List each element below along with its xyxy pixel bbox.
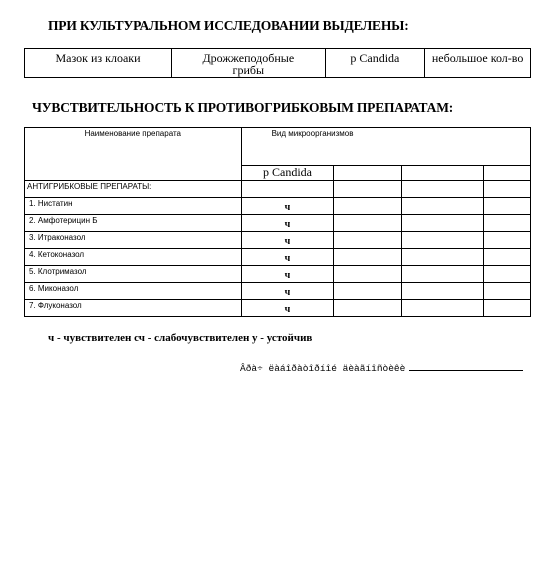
table-row: 1. Нистатинч [25, 198, 531, 215]
signature-blank [409, 361, 523, 371]
organism-col-2 [334, 166, 402, 181]
sensitivity-result [484, 232, 531, 249]
sensitivity-result [484, 266, 531, 283]
drug-name: 6. Миконазол [25, 283, 242, 300]
empty-cell [241, 181, 334, 198]
group-row: АНТИГРИБКОВЫЕ ПРЕПАРАТЫ: [25, 181, 531, 198]
sensitivity-result [334, 215, 402, 232]
drug-name: 7. Флуконазол [25, 300, 242, 317]
table-row: 2. Амфотерицин Бч [25, 215, 531, 232]
table-row: 6. Миконазолч [25, 283, 531, 300]
sensitivity-result [402, 300, 484, 317]
table-header-row: Наименование препарата Вид микроорганизм… [25, 128, 531, 166]
table-row: 3. Итраконазолч [25, 232, 531, 249]
drug-name: 3. Итраконазол [25, 232, 242, 249]
legend-text: ч - чувствителен сч - слабочувствителен … [48, 332, 312, 344]
organism-group-cell: Дрожжеподобные грибы [172, 49, 325, 78]
table-row: 5. Клотримазолч [25, 266, 531, 283]
table-row: 4. Кетоконазолч [25, 249, 531, 266]
table-row: 7. Флуконазолч [25, 300, 531, 317]
sensitivity-result [402, 249, 484, 266]
sensitivity-result [334, 249, 402, 266]
sensitivity-result [334, 300, 402, 317]
organism-type-header: Вид микроорганизмов [241, 128, 530, 166]
sensitivity-result: ч [241, 215, 334, 232]
group-label: АНТИГРИБКОВЫЕ ПРЕПАРАТЫ: [25, 181, 242, 198]
drug-name: 2. Амфотерицин Б [25, 215, 242, 232]
sensitivity-result: ч [241, 249, 334, 266]
organism-cell: р Candida [325, 49, 425, 78]
sensitivity-result [402, 283, 484, 300]
sensitivity-section-title: ЧУВСТВИТЕЛЬНОСТЬ К ПРОТИВОГРИБКОВЫМ ПРЕП… [32, 100, 453, 116]
culture-results-table: Мазок из клоаки Дрожжеподобные грибы р C… [24, 48, 531, 78]
culture-section-title: ПРИ КУЛЬТУРАЛЬНОМ ИССЛЕДОВАНИИ ВЫДЕЛЕНЫ: [48, 18, 409, 34]
sensitivity-result: ч [241, 283, 334, 300]
organism-col-3 [402, 166, 484, 181]
signature-label: Âðà÷ ëàáîðàòîðíîé äèàãíîñòèêè [240, 363, 405, 374]
sensitivity-result [402, 266, 484, 283]
sensitivity-result [484, 215, 531, 232]
organism-col-4 [484, 166, 531, 181]
sensitivity-result [334, 283, 402, 300]
sensitivity-result [334, 266, 402, 283]
sensitivity-result [484, 283, 531, 300]
empty-cell [402, 181, 484, 198]
drug-name: 4. Кетоконазол [25, 249, 242, 266]
sample-cell: Мазок из клоаки [25, 49, 172, 78]
sensitivity-result: ч [241, 198, 334, 215]
sensitivity-result [402, 198, 484, 215]
drug-name-header: Наименование препарата [25, 128, 242, 181]
signature-line: Âðà÷ ëàáîðàòîðíîé äèàãíîñòèêè [240, 361, 523, 374]
sensitivity-result [484, 249, 531, 266]
sensitivity-table: Наименование препарата Вид микроорганизм… [24, 127, 531, 317]
sensitivity-result [334, 198, 402, 215]
drug-name: 5. Клотримазол [25, 266, 242, 283]
empty-cell [334, 181, 402, 198]
sensitivity-result [334, 232, 402, 249]
sensitivity-result: ч [241, 300, 334, 317]
table-row: Мазок из клоаки Дрожжеподобные грибы р C… [25, 49, 531, 78]
drug-name: 1. Нистатин [25, 198, 242, 215]
sensitivity-result [402, 232, 484, 249]
sensitivity-result [484, 198, 531, 215]
sensitivity-result [402, 215, 484, 232]
sensitivity-result: ч [241, 266, 334, 283]
sensitivity-result [484, 300, 531, 317]
sensitivity-result: ч [241, 232, 334, 249]
empty-cell [484, 181, 531, 198]
quantity-cell: небольшое кол-во [425, 49, 531, 78]
organism-col-1: р Candida [241, 166, 334, 181]
